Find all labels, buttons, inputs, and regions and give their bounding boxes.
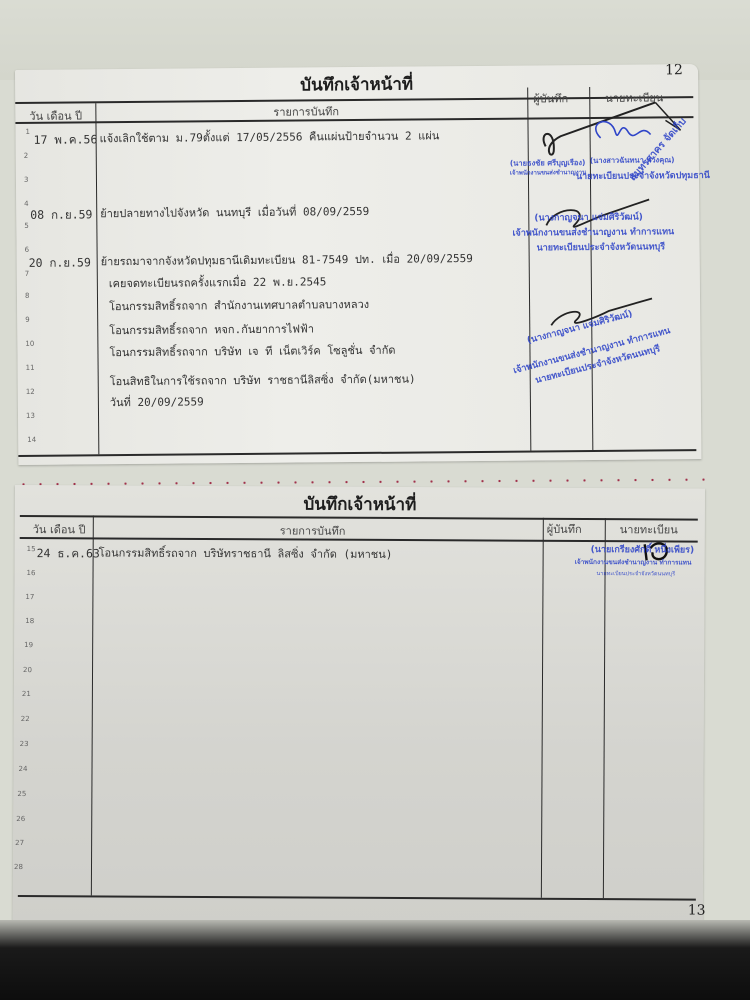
- entry-text: โอนกรรมสิทธิ์รถจาก สำนักงานเทศบาลตำบลบาง…: [109, 295, 369, 315]
- row-number: 25: [17, 790, 26, 798]
- row-number: 16: [27, 569, 36, 577]
- page-number: 12: [665, 62, 683, 78]
- entry-text: โอนกรรมสิทธิ์รถจาก บริษัทราชธานี ลิสซิ่ง…: [99, 543, 393, 563]
- entry-text: โอนกรรมสิทธิ์รถจาก บริษัท เจ ที เน็ตเวิร…: [109, 341, 395, 361]
- logbook-page-12: บันทึกเจ้าหน้าที่ 12 วัน เดือน ปี รายการ…: [15, 64, 701, 465]
- logbook-page-13: บันทึกเจ้าหน้าที่ 13 วัน เดือน ปี รายการ…: [13, 485, 705, 929]
- entry-text: แจ้งเลิกใช้ตาม ม.79ตั้งแต่ 17/05/2556 คื…: [100, 126, 440, 147]
- row-number: 17: [25, 593, 34, 601]
- row-number: 6: [25, 246, 30, 254]
- row-number: 9: [25, 316, 30, 324]
- row-number: 22: [21, 715, 30, 723]
- header-registrar: นายทะเบียน: [620, 520, 678, 538]
- row-number: 15: [27, 545, 36, 553]
- row-number: 18: [25, 617, 34, 625]
- header-date: วัน เดือน ปี: [33, 520, 86, 538]
- stamp-province-2: นายทะเบียนประจำจังหวัดนนทบุรี: [537, 239, 666, 254]
- row-number: 4: [24, 200, 29, 208]
- header-recorder: ผู้บันทึก: [547, 520, 582, 538]
- row-number: 13: [26, 412, 35, 420]
- entry-text: ย้ายรถมาจากจังหวัดปทุมธานีเดิมทะเบียน 81…: [101, 249, 473, 270]
- row-number: 10: [25, 340, 34, 348]
- row-number: 24: [18, 765, 27, 773]
- page-number: 13: [688, 903, 706, 919]
- entry-date: 08 ก.ย.59: [30, 206, 92, 225]
- entry-date: 24 ธ.ค.63: [37, 545, 100, 563]
- entry-text: เคยจดทะเบียนรถครั้งแรกเมื่อ 22 พ.ย.2545: [109, 272, 327, 292]
- stamp-name-2: (นางกาญจนา แจ่มศิริวัฒน์): [534, 210, 643, 225]
- stamp-title-recorder: เจ้าพนักงานขนส่งชำนาญงาน: [510, 167, 586, 178]
- row-number: 5: [24, 222, 29, 230]
- entry-text: โอนกรรมสิทธิ์รถจาก หจก.กันยาการไฟฟ้า: [109, 319, 314, 339]
- row-number: 1: [26, 128, 31, 136]
- row-number: 2: [24, 152, 29, 160]
- table-bottom-border: [18, 895, 696, 900]
- row-number: 11: [26, 364, 35, 372]
- row-number: 20: [23, 666, 32, 674]
- header-record: รายการบันทึก: [273, 102, 339, 121]
- stamp-title-2: เจ้าพนักงานขนส่งชำนาญงาน ทำการแทน: [512, 224, 674, 239]
- column-divider-record: [527, 88, 531, 451]
- stamp-province-4: นายทะเบียนประจำจังหวัดนนทบุรี: [597, 570, 676, 578]
- row-number: 23: [20, 740, 29, 748]
- entry-date: 20 ก.ย.59: [29, 254, 91, 273]
- row-number: 28: [14, 863, 23, 871]
- stamp-title-4: เจ้าพนักงานขนส่งชำนาญงาน ทำการแทน: [575, 557, 692, 568]
- dark-fabric-surface: [0, 920, 750, 1000]
- row-number: 12: [26, 388, 35, 396]
- row-number: 14: [27, 436, 36, 444]
- header-date: วัน เดือน ปี: [29, 106, 82, 124]
- entry-date: 17 พ.ค.56: [34, 131, 98, 150]
- row-number: 19: [24, 641, 33, 649]
- row-number: 26: [16, 815, 25, 823]
- stamp-name-4: (นายเกรียงศักดิ์ หนึ่งเพียร): [591, 542, 695, 557]
- entry-text: วันที่ 20/09/2559: [110, 392, 204, 411]
- table-bottom-border: [18, 449, 696, 456]
- row-number: 8: [25, 292, 30, 300]
- column-divider-record: [541, 518, 544, 898]
- header-record: รายการบันทึก: [280, 521, 346, 539]
- entry-text: โอนสิทธิในการใช้รถจาก บริษัท ราชธานีลิสซ…: [110, 370, 416, 391]
- entry-text: ย้ายปลายทางไปจังหวัด นนทบุรี เมื่อวันที่…: [100, 202, 369, 222]
- column-divider-date: [95, 103, 99, 454]
- row-number: 3: [24, 176, 29, 184]
- row-number: 21: [22, 690, 31, 698]
- column-divider-date: [91, 515, 94, 895]
- row-number: 27: [15, 839, 24, 847]
